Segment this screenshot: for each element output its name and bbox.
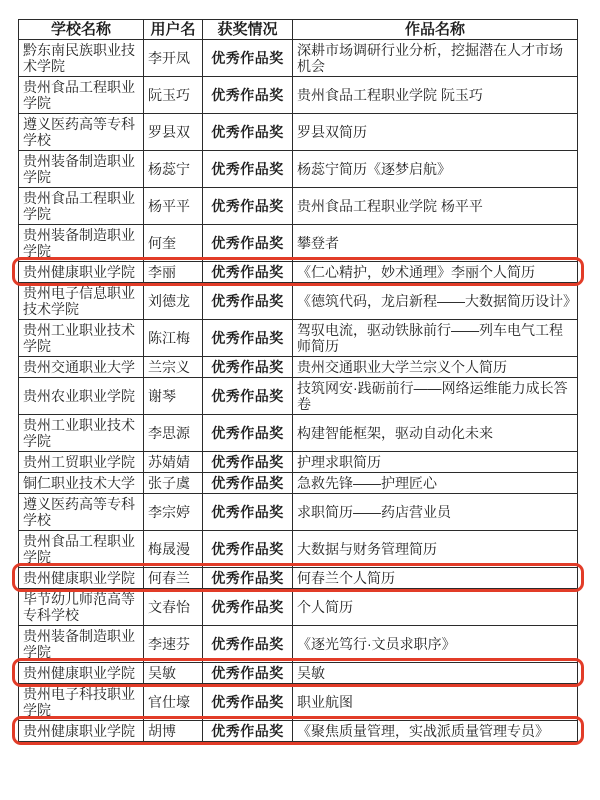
awards-table: 学校名称 用户名 获奖情况 作品名称 黔东南民族职业技术学院李开凤优秀作品奖深耕… — [18, 19, 578, 742]
cell-work: 求职简历——药店营业员 — [293, 494, 578, 531]
cell-school: 贵州电子信息职业技术学院 — [19, 283, 144, 320]
page: 学校名称 用户名 获奖情况 作品名称 黔东南民族职业技术学院李开凤优秀作品奖深耕… — [0, 0, 600, 800]
cell-work: 《聚焦质量管理，实战派质量管理专员》 — [293, 721, 578, 742]
cell-work: 急救先锋——护理匠心 — [293, 473, 578, 494]
table-row: 贵州健康职业学院吴敏优秀作品奖吴敏 — [19, 663, 578, 684]
cell-school: 贵州工业职业技术学院 — [19, 320, 144, 357]
cell-work: 技筑网安·践砺前行——网络运维能力成长答卷 — [293, 378, 578, 415]
cell-school: 贵州健康职业学院 — [19, 721, 144, 742]
table-row: 遵义医药高等专科学校李宗婷优秀作品奖求职简历——药店营业员 — [19, 494, 578, 531]
cell-school: 贵州健康职业学院 — [19, 568, 144, 589]
cell-award: 优秀作品奖 — [203, 357, 293, 378]
cell-user: 官仕壕 — [144, 684, 203, 721]
header-school: 学校名称 — [19, 20, 144, 40]
cell-user: 兰宗义 — [144, 357, 203, 378]
cell-award: 优秀作品奖 — [203, 531, 293, 568]
table-row: 贵州装备制造职业学院杨蕊宁优秀作品奖杨蕊宁简历《逐梦启航》 — [19, 151, 578, 188]
cell-award: 优秀作品奖 — [203, 589, 293, 626]
cell-award: 优秀作品奖 — [203, 114, 293, 151]
cell-user: 刘德龙 — [144, 283, 203, 320]
cell-award: 优秀作品奖 — [203, 225, 293, 262]
cell-work: 罗县双简历 — [293, 114, 578, 151]
header-award: 获奖情况 — [203, 20, 293, 40]
cell-work: 《逐光笃行·文员求职序》 — [293, 626, 578, 663]
cell-award: 优秀作品奖 — [203, 473, 293, 494]
cell-award: 优秀作品奖 — [203, 721, 293, 742]
cell-award: 优秀作品奖 — [203, 77, 293, 114]
cell-user: 文春怡 — [144, 589, 203, 626]
cell-award: 优秀作品奖 — [203, 568, 293, 589]
table-row: 贵州健康职业学院胡博优秀作品奖《聚焦质量管理，实战派质量管理专员》 — [19, 721, 578, 742]
cell-school: 贵州电子科技职业学院 — [19, 684, 144, 721]
cell-school: 贵州工贸职业学院 — [19, 452, 144, 473]
cell-school: 遵义医药高等专科学校 — [19, 494, 144, 531]
cell-award: 优秀作品奖 — [203, 283, 293, 320]
cell-user: 梅晟漫 — [144, 531, 203, 568]
cell-user: 李宗婷 — [144, 494, 203, 531]
cell-work: 职业航图 — [293, 684, 578, 721]
cell-work: 何春兰个人简历 — [293, 568, 578, 589]
cell-work: 大数据与财务管理简历 — [293, 531, 578, 568]
cell-work: 深耕市场调研行业分析，挖掘潜在人才市场机会 — [293, 40, 578, 77]
cell-school: 贵州食品工程职业学院 — [19, 531, 144, 568]
cell-school: 贵州工业职业技术学院 — [19, 415, 144, 452]
cell-award: 优秀作品奖 — [203, 320, 293, 357]
header-user: 用户名 — [144, 20, 203, 40]
cell-award: 优秀作品奖 — [203, 415, 293, 452]
cell-award: 优秀作品奖 — [203, 188, 293, 225]
table-body: 黔东南民族职业技术学院李开凤优秀作品奖深耕市场调研行业分析，挖掘潜在人才市场机会… — [19, 40, 578, 742]
cell-award: 优秀作品奖 — [203, 378, 293, 415]
cell-user: 李速芬 — [144, 626, 203, 663]
cell-work: 贵州交通职业大学兰宗义个人简历 — [293, 357, 578, 378]
table-row: 贵州工业职业技术学院李思源优秀作品奖构建智能框架，驱动自动化未来 — [19, 415, 578, 452]
cell-award: 优秀作品奖 — [203, 452, 293, 473]
cell-work: 贵州食品工程职业学院 阮玉巧 — [293, 77, 578, 114]
cell-school: 贵州装备制造职业学院 — [19, 225, 144, 262]
table-row: 遵义医药高等专科学校罗县双优秀作品奖罗县双简历 — [19, 114, 578, 151]
table-row: 贵州食品工程职业学院梅晟漫优秀作品奖大数据与财务管理简历 — [19, 531, 578, 568]
cell-award: 优秀作品奖 — [203, 262, 293, 283]
cell-work: 构建智能框架，驱动自动化未来 — [293, 415, 578, 452]
table-row: 贵州工业职业技术学院陈江梅优秀作品奖驾驭电流，驱动铁脉前行——列车电气工程师简历 — [19, 320, 578, 357]
table-row: 贵州食品工程职业学院杨平平优秀作品奖贵州食品工程职业学院 杨平平 — [19, 188, 578, 225]
cell-work: 驾驭电流，驱动铁脉前行——列车电气工程师简历 — [293, 320, 578, 357]
cell-user: 苏婧婧 — [144, 452, 203, 473]
table-row: 贵州健康职业学院何春兰优秀作品奖何春兰个人简历 — [19, 568, 578, 589]
table-row: 黔东南民族职业技术学院李开凤优秀作品奖深耕市场调研行业分析，挖掘潜在人才市场机会 — [19, 40, 578, 77]
cell-work: 攀登者 — [293, 225, 578, 262]
cell-award: 优秀作品奖 — [203, 151, 293, 188]
cell-user: 罗县双 — [144, 114, 203, 151]
cell-award: 优秀作品奖 — [203, 626, 293, 663]
cell-user: 李思源 — [144, 415, 203, 452]
cell-user: 胡博 — [144, 721, 203, 742]
table-row: 铜仁职业技术大学张子虞优秀作品奖急救先锋——护理匠心 — [19, 473, 578, 494]
cell-work: 贵州食品工程职业学院 杨平平 — [293, 188, 578, 225]
cell-user: 谢琴 — [144, 378, 203, 415]
table-row: 贵州电子科技职业学院官仕壕优秀作品奖职业航图 — [19, 684, 578, 721]
table-row: 贵州农业职业学院谢琴优秀作品奖技筑网安·践砺前行——网络运维能力成长答卷 — [19, 378, 578, 415]
cell-user: 李丽 — [144, 262, 203, 283]
cell-award: 优秀作品奖 — [203, 494, 293, 531]
cell-user: 李开凤 — [144, 40, 203, 77]
table-row: 贵州电子信息职业技术学院刘德龙优秀作品奖《德筑代码，龙启新程——大数据简历设计》 — [19, 283, 578, 320]
cell-school: 贵州装备制造职业学院 — [19, 151, 144, 188]
cell-school: 贵州农业职业学院 — [19, 378, 144, 415]
cell-school: 贵州食品工程职业学院 — [19, 188, 144, 225]
cell-work: 个人简历 — [293, 589, 578, 626]
cell-user: 杨蕊宁 — [144, 151, 203, 188]
header-work: 作品名称 — [293, 20, 578, 40]
cell-user: 吴敏 — [144, 663, 203, 684]
table-row: 毕节幼儿师范高等专科学校文春怡优秀作品奖个人简历 — [19, 589, 578, 626]
cell-school: 黔东南民族职业技术学院 — [19, 40, 144, 77]
cell-school: 贵州交通职业大学 — [19, 357, 144, 378]
cell-user: 何奎 — [144, 225, 203, 262]
cell-school: 贵州健康职业学院 — [19, 262, 144, 283]
cell-user: 陈江梅 — [144, 320, 203, 357]
table-row: 贵州健康职业学院李丽优秀作品奖《仁心精护，妙术通理》李丽个人简历 — [19, 262, 578, 283]
table-row: 贵州装备制造职业学院何奎优秀作品奖攀登者 — [19, 225, 578, 262]
table-row: 贵州工贸职业学院苏婧婧优秀作品奖护理求职简历 — [19, 452, 578, 473]
cell-work: 《德筑代码，龙启新程——大数据简历设计》 — [293, 283, 578, 320]
cell-school: 遵义医药高等专科学校 — [19, 114, 144, 151]
cell-user: 何春兰 — [144, 568, 203, 589]
table-header-row: 学校名称 用户名 获奖情况 作品名称 — [19, 20, 578, 40]
cell-school: 铜仁职业技术大学 — [19, 473, 144, 494]
cell-work: 杨蕊宁简历《逐梦启航》 — [293, 151, 578, 188]
cell-user: 杨平平 — [144, 188, 203, 225]
cell-school: 毕节幼儿师范高等专科学校 — [19, 589, 144, 626]
cell-school: 贵州健康职业学院 — [19, 663, 144, 684]
cell-award: 优秀作品奖 — [203, 684, 293, 721]
cell-school: 贵州装备制造职业学院 — [19, 626, 144, 663]
cell-work: 护理求职简历 — [293, 452, 578, 473]
cell-work: 吴敏 — [293, 663, 578, 684]
cell-school: 贵州食品工程职业学院 — [19, 77, 144, 114]
table-row: 贵州食品工程职业学院阮玉巧优秀作品奖贵州食品工程职业学院 阮玉巧 — [19, 77, 578, 114]
table-row: 贵州交通职业大学兰宗义优秀作品奖贵州交通职业大学兰宗义个人简历 — [19, 357, 578, 378]
cell-award: 优秀作品奖 — [203, 663, 293, 684]
cell-user: 张子虞 — [144, 473, 203, 494]
cell-work: 《仁心精护，妙术通理》李丽个人简历 — [293, 262, 578, 283]
table-row: 贵州装备制造职业学院李速芬优秀作品奖《逐光笃行·文员求职序》 — [19, 626, 578, 663]
cell-award: 优秀作品奖 — [203, 40, 293, 77]
cell-user: 阮玉巧 — [144, 77, 203, 114]
